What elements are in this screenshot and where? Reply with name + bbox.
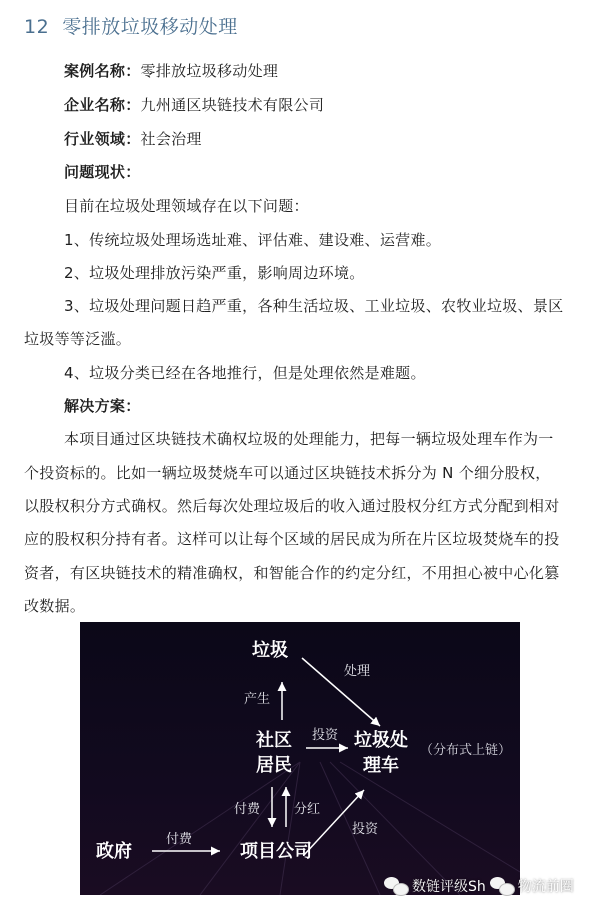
node-residents-line2: 居民: [256, 753, 292, 778]
node-residents-line1: 社区: [256, 728, 292, 753]
wechat-icon: [490, 877, 514, 895]
meta-value: 零排放垃圾移动处理: [141, 62, 279, 80]
solution-line: 本项目通过区块链技术确权垃圾的处理能力，把每一辆垃圾处理车作为一: [64, 428, 554, 449]
solution-line: 个投资标的。比如一辆垃圾焚烧车可以通过区块链技术拆分为 N 个细分股权，: [24, 462, 551, 483]
meta-label: 行业领域：: [64, 130, 141, 148]
node-truck-line1: 垃圾处: [354, 728, 408, 753]
meta-label: 案例名称：: [64, 62, 141, 80]
solution-line: 应的股权积分持有者。这样可以让每个区域的居民成为所在片区垃圾焚烧车的投: [24, 528, 560, 549]
edge-label-invest-company: 投资: [352, 818, 378, 837]
problem-item-3-cont: 垃圾等等泛滥。: [24, 328, 131, 349]
section-title: 12 零排放垃圾移动处理: [24, 12, 238, 39]
meta-value: 九州通区块链技术有限公司: [141, 96, 325, 114]
meta-company: 企业名称：九州通区块链技术有限公司: [64, 94, 324, 115]
wechat-icon: [384, 877, 408, 895]
watermark-text: 数链评级Sh: [412, 876, 486, 896]
distributed-chain-note: （分布式上链）: [420, 739, 511, 758]
edge-label-process: 处理: [344, 660, 370, 679]
meta-industry: 行业领域：社会治理: [64, 128, 202, 149]
edge-label-pay-government: 付费: [166, 828, 192, 847]
watermark: 数链评级Sh 物流前圈: [384, 876, 574, 896]
solution-heading: 解决方案：: [64, 395, 141, 416]
problem-item-4: 4、垃圾分类已经在各地推行，但是处理依然是难题。: [64, 362, 426, 383]
node-government: 政府: [96, 839, 132, 864]
problem-item-1: 1、传统垃圾处理场选址难、评估难、建设难、运营难。: [64, 229, 441, 250]
section-number: 12: [24, 16, 49, 38]
problem-item-3: 3、垃圾处理问题日趋严重，各种生活垃圾、工业垃圾、农牧业垃圾、景区: [64, 295, 563, 316]
meta-case-name: 案例名称：零排放垃圾移动处理: [64, 60, 278, 81]
node-truck: 垃圾处 理车: [354, 728, 408, 778]
section-title-text: 零排放垃圾移动处理: [62, 16, 238, 38]
node-company: 项目公司: [240, 839, 312, 864]
edge-label-invest-residents: 投资: [312, 724, 338, 743]
edge-label-pay-residents: 付费: [234, 798, 260, 817]
problem-heading: 问题现状：: [64, 161, 141, 182]
problem-item-2: 2、垃圾处理排放污染严重，影响周边环境。: [64, 262, 365, 283]
flow-diagram: 垃圾 社区 居民 垃圾处 理车 政府 项目公司 产生 处理 投资 付费 分红 投…: [80, 622, 520, 895]
edge-label-dividend: 分红: [294, 798, 320, 817]
node-residents: 社区 居民: [256, 728, 292, 778]
solution-line: 资者，有区块链技术的精准确权，和智能合作的约定分红，不用担心被中心化篡: [24, 562, 560, 583]
meta-value: 社会治理: [141, 130, 202, 148]
solution-line: 以股权积分方式确权。然后每次处理垃圾后的收入通过股权分红方式分配到相对: [24, 495, 560, 516]
edge-label-produce: 产生: [244, 688, 270, 707]
node-truck-line2: 理车: [354, 753, 408, 778]
node-garbage: 垃圾: [252, 638, 288, 663]
solution-line: 改数据。: [24, 595, 85, 616]
meta-label: 企业名称：: [64, 96, 141, 114]
watermark-text-tail: 物流前圈: [518, 876, 574, 896]
problem-intro: 目前在垃圾处理领域存在以下问题：: [64, 195, 309, 216]
